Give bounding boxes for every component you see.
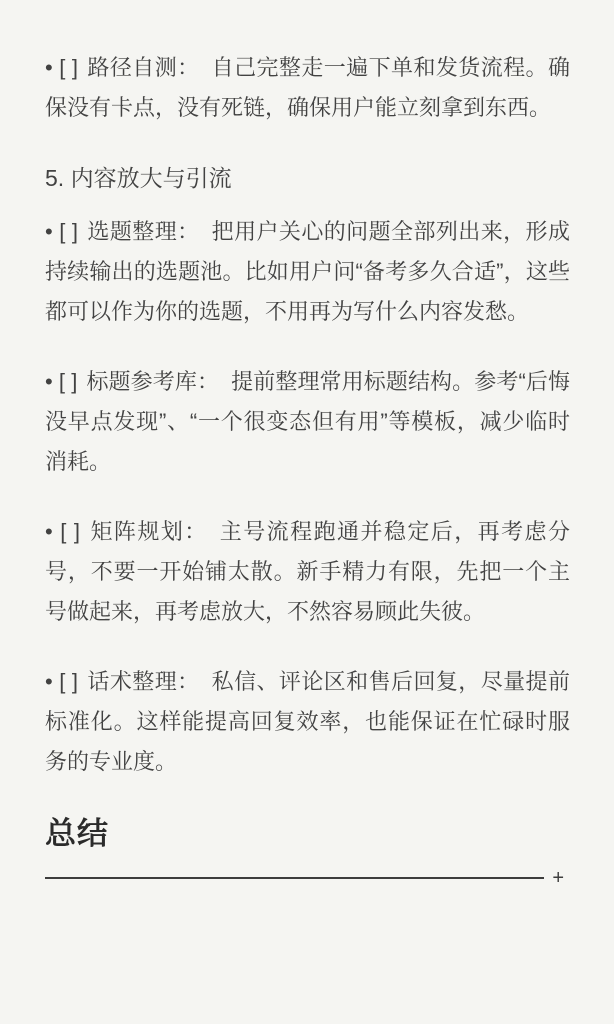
- checklist-item-label: 选题整理：: [87, 219, 200, 244]
- checkbox-marker: • [ ]: [45, 55, 78, 80]
- checkbox-marker: • [ ]: [45, 669, 78, 694]
- checkbox-marker: • [ ]: [45, 369, 77, 394]
- checklist-item-label: 标题参考库：: [86, 369, 219, 394]
- checklist-item-title-library: • [ ]标题参考库：提前整理常用标题结构。参考“后悔没早点发现”、“一个很变态…: [45, 362, 570, 482]
- checklist-item-label: 矩阵规划：: [89, 519, 208, 544]
- checkbox-marker: • [ ]: [45, 219, 78, 244]
- checklist-item-label: 话术整理：: [87, 669, 200, 694]
- section-heading: 5. 内容放大与引流: [45, 158, 570, 198]
- checklist-item-label: 路径自测：: [87, 55, 200, 80]
- divider-line: [45, 877, 544, 879]
- checklist-item-path-test: • [ ]路径自测：自己完整走一遍下单和发货流程。确保没有卡点，没有死链，确保用…: [45, 48, 570, 128]
- checklist-item-topic-list: • [ ]选题整理：把用户关心的问题全部列出来，形成持续输出的选题池。比如用户问…: [45, 212, 570, 332]
- section-divider: +: [45, 868, 564, 888]
- summary-heading: 总结: [45, 812, 570, 856]
- article-page: • [ ]路径自测：自己完整走一遍下单和发货流程。确保没有卡点，没有死链，确保用…: [0, 0, 614, 888]
- checkbox-marker: • [ ]: [45, 519, 80, 544]
- divider-plus-icon: +: [552, 868, 564, 888]
- checklist-item-matrix-plan: • [ ]矩阵规划：主号流程跑通并稳定后，再考虑分号，不要一开始铺太散。新手精力…: [45, 512, 570, 632]
- checklist-item-script-prep: • [ ]话术整理：私信、评论区和售后回复，尽量提前标准化。这样能提高回复效率，…: [45, 662, 570, 782]
